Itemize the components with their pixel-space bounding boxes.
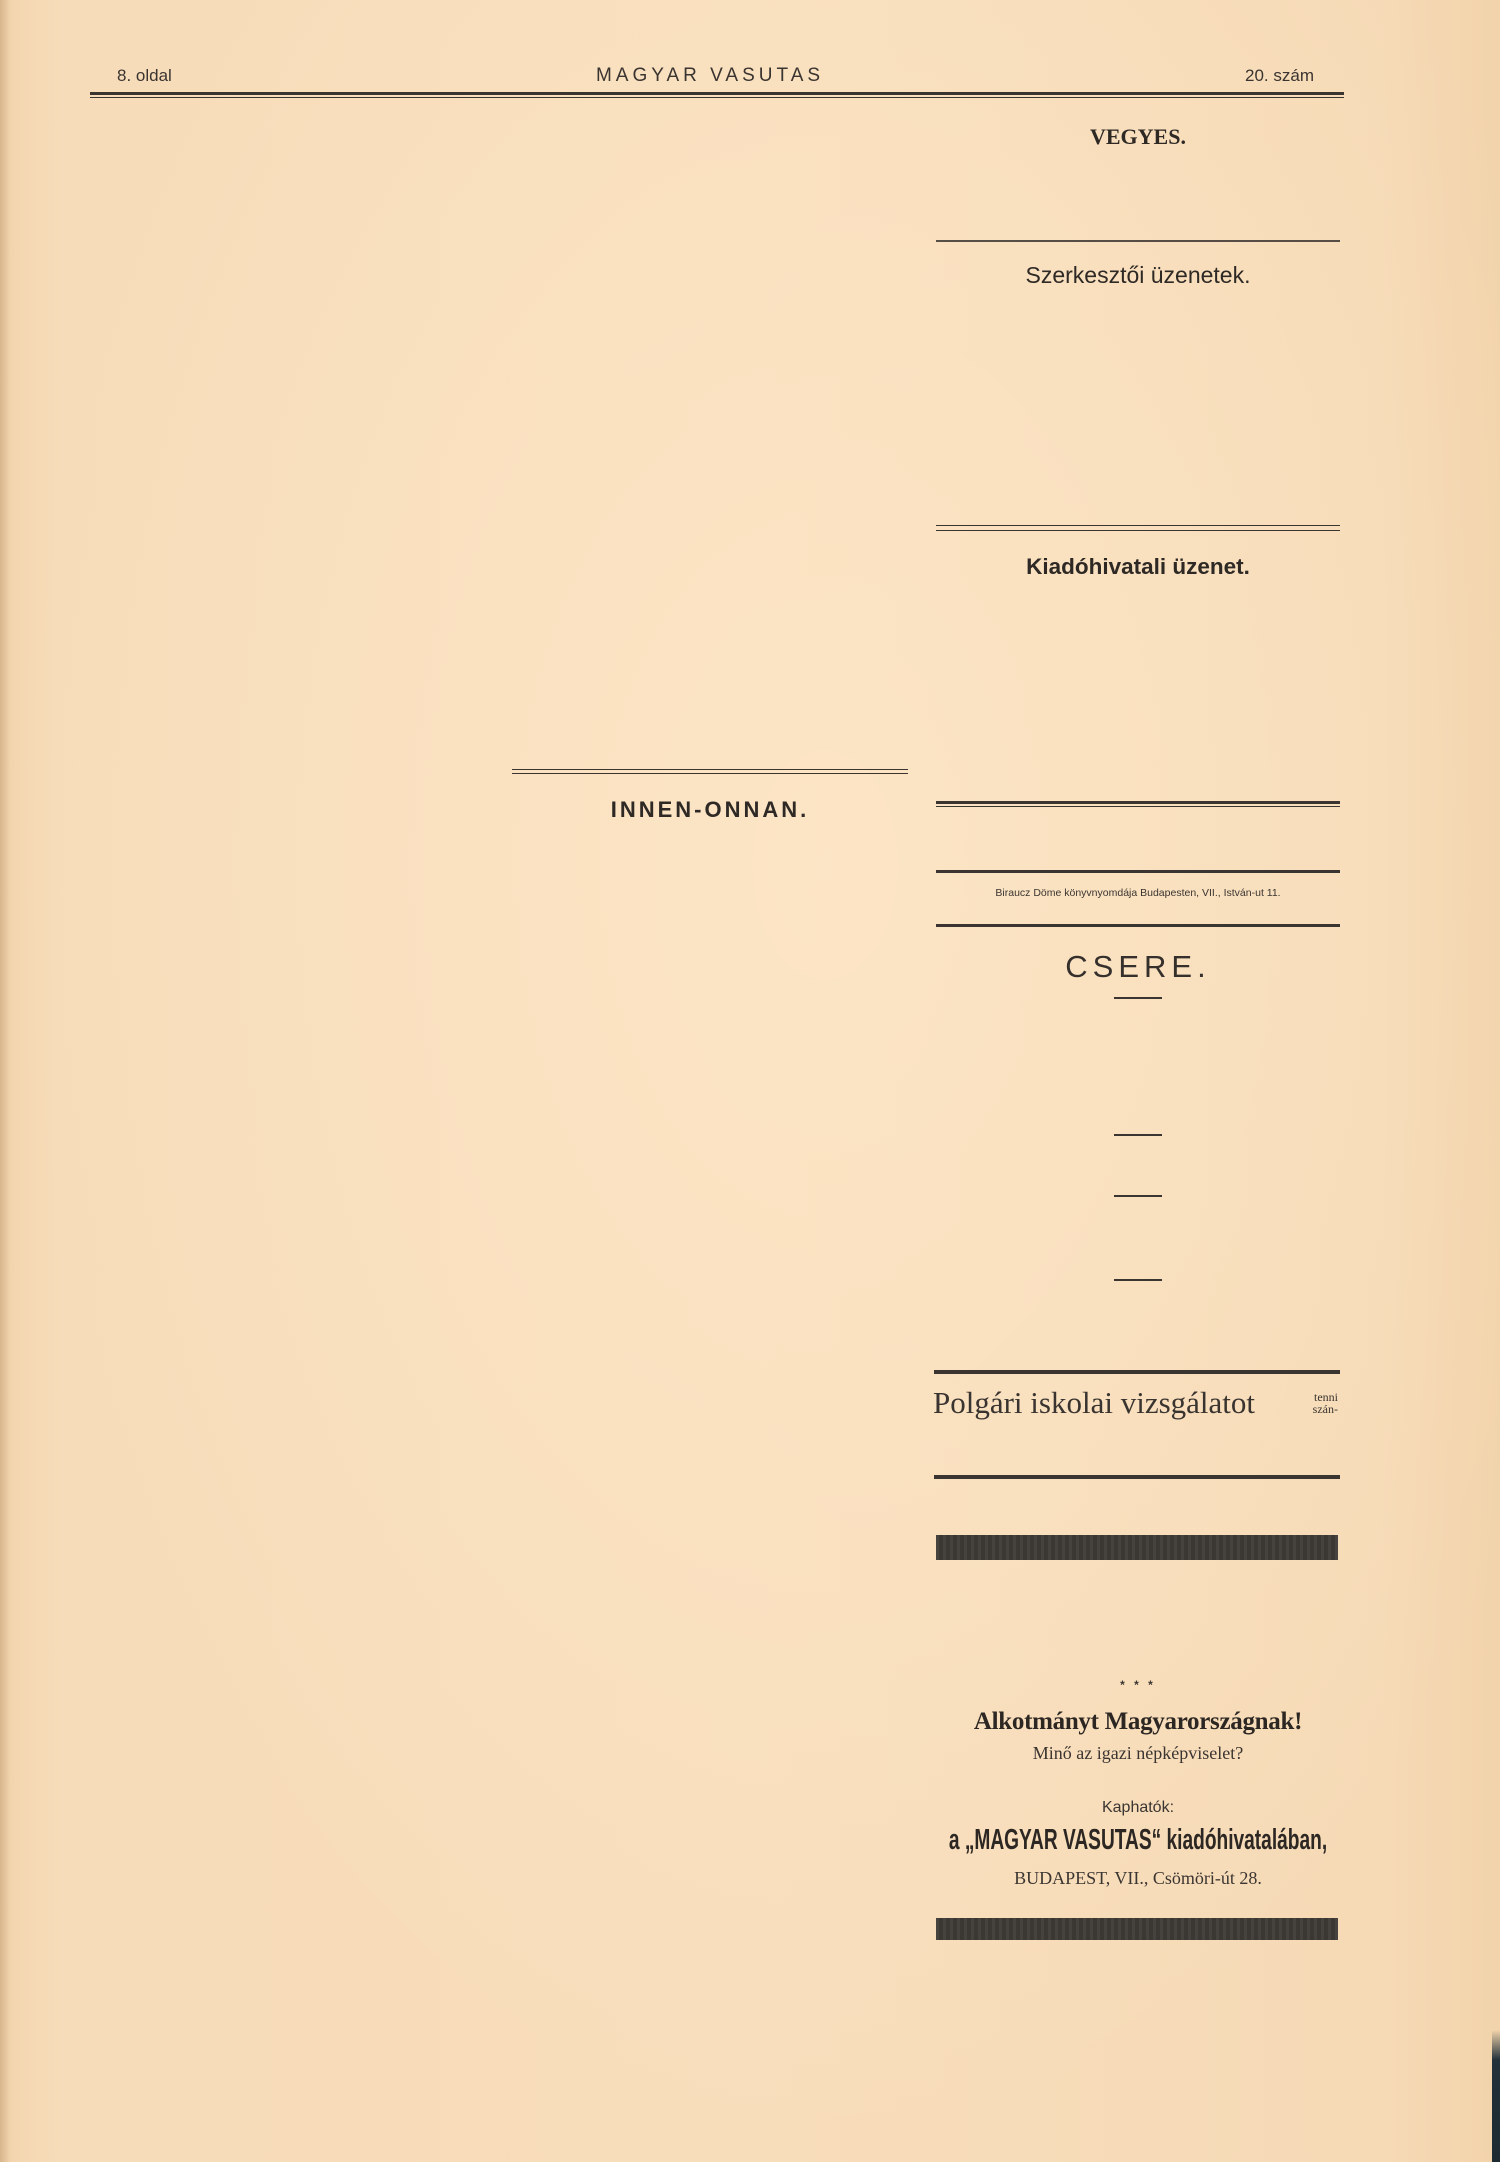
section-heading-csere: CSERE.: [936, 948, 1340, 986]
imprint-rule: [936, 870, 1340, 873]
section-rule-bottom: [512, 773, 908, 774]
ad-black-bar: [936, 1918, 1338, 1940]
page-number: 8. oldal: [117, 65, 172, 87]
scan-bed-corner: [1492, 2030, 1500, 2162]
printer-line: Biraucz Döme könyvnyomdája Budapesten, V…: [936, 886, 1340, 900]
book2-title: Alkotmányt Magyarországnak!: [936, 1705, 1340, 1739]
newspaper-page: 8. oldal MAGYAR VASUTAS 20. szám INNEN-O…: [0, 0, 1500, 2162]
section-rule-top: [936, 525, 1340, 526]
section-rule-bottom: [936, 530, 1340, 531]
header-rule-thick: [90, 92, 1344, 95]
page-edge-shading: [0, 0, 10, 2162]
ad-rule: [934, 1370, 1340, 1374]
superscript-line: szán-: [1313, 1403, 1338, 1415]
ad-polgari-title: Polgári iskolai vizsgálatot: [933, 1384, 1255, 1422]
ad-separator-stars: * * *: [936, 1678, 1340, 1692]
imprint-rule-thick: [936, 801, 1340, 804]
publisher-address: BUDAPEST, VII., Csömöri-út 28.: [936, 1867, 1340, 1889]
divider-dash: [1114, 997, 1162, 999]
section-rule: [936, 240, 1340, 242]
ad-black-bar: [936, 1535, 1338, 1560]
section-heading-innen-onnan: INNEN-ONNAN.: [512, 796, 908, 824]
divider-dash: [1114, 1134, 1162, 1136]
section-heading-szerkesztoi-uzenetek: Szerkesztői üzenetek.: [936, 261, 1340, 289]
book2-subtitle: Minő az igazi népképviselet?: [936, 1742, 1340, 1764]
csere-rule: [936, 924, 1340, 927]
publisher-line-wrap: a „MAGYAR VASUTAS“ kiadóhivatalában,: [936, 1822, 1340, 1858]
local-reports: [93, 522, 485, 527]
imprint-rule-thin: [936, 806, 1340, 807]
section-rule-top: [512, 769, 908, 770]
section-heading-vegyes: VEGYES.: [936, 123, 1340, 151]
divider-dash: [1114, 1195, 1162, 1197]
section-heading-kiadohivatali-uzenet: Kiadóhivatali üzenet.: [936, 553, 1340, 581]
ad-polgari-title-row: Polgári iskolai vizsgálatot tenni szán-: [933, 1384, 1338, 1422]
publisher-line: a „MAGYAR VASUTAS“ kiadóhivatalában,: [949, 1822, 1327, 1858]
ad-rule: [934, 1475, 1340, 1479]
ad-polgari-superscript: tenni szán-: [1313, 1391, 1338, 1415]
article-nagyvarad-continued: [512, 124, 908, 126]
issue-number: 20. szám: [1196, 65, 1314, 87]
availability-label: Kaphatók:: [936, 1798, 1340, 1818]
divider-dash: [1114, 1279, 1162, 1281]
masthead-title: MAGYAR VASUTAS: [560, 65, 860, 87]
header-rule-thin: [90, 97, 1344, 98]
news-briefs: [512, 831, 908, 836]
